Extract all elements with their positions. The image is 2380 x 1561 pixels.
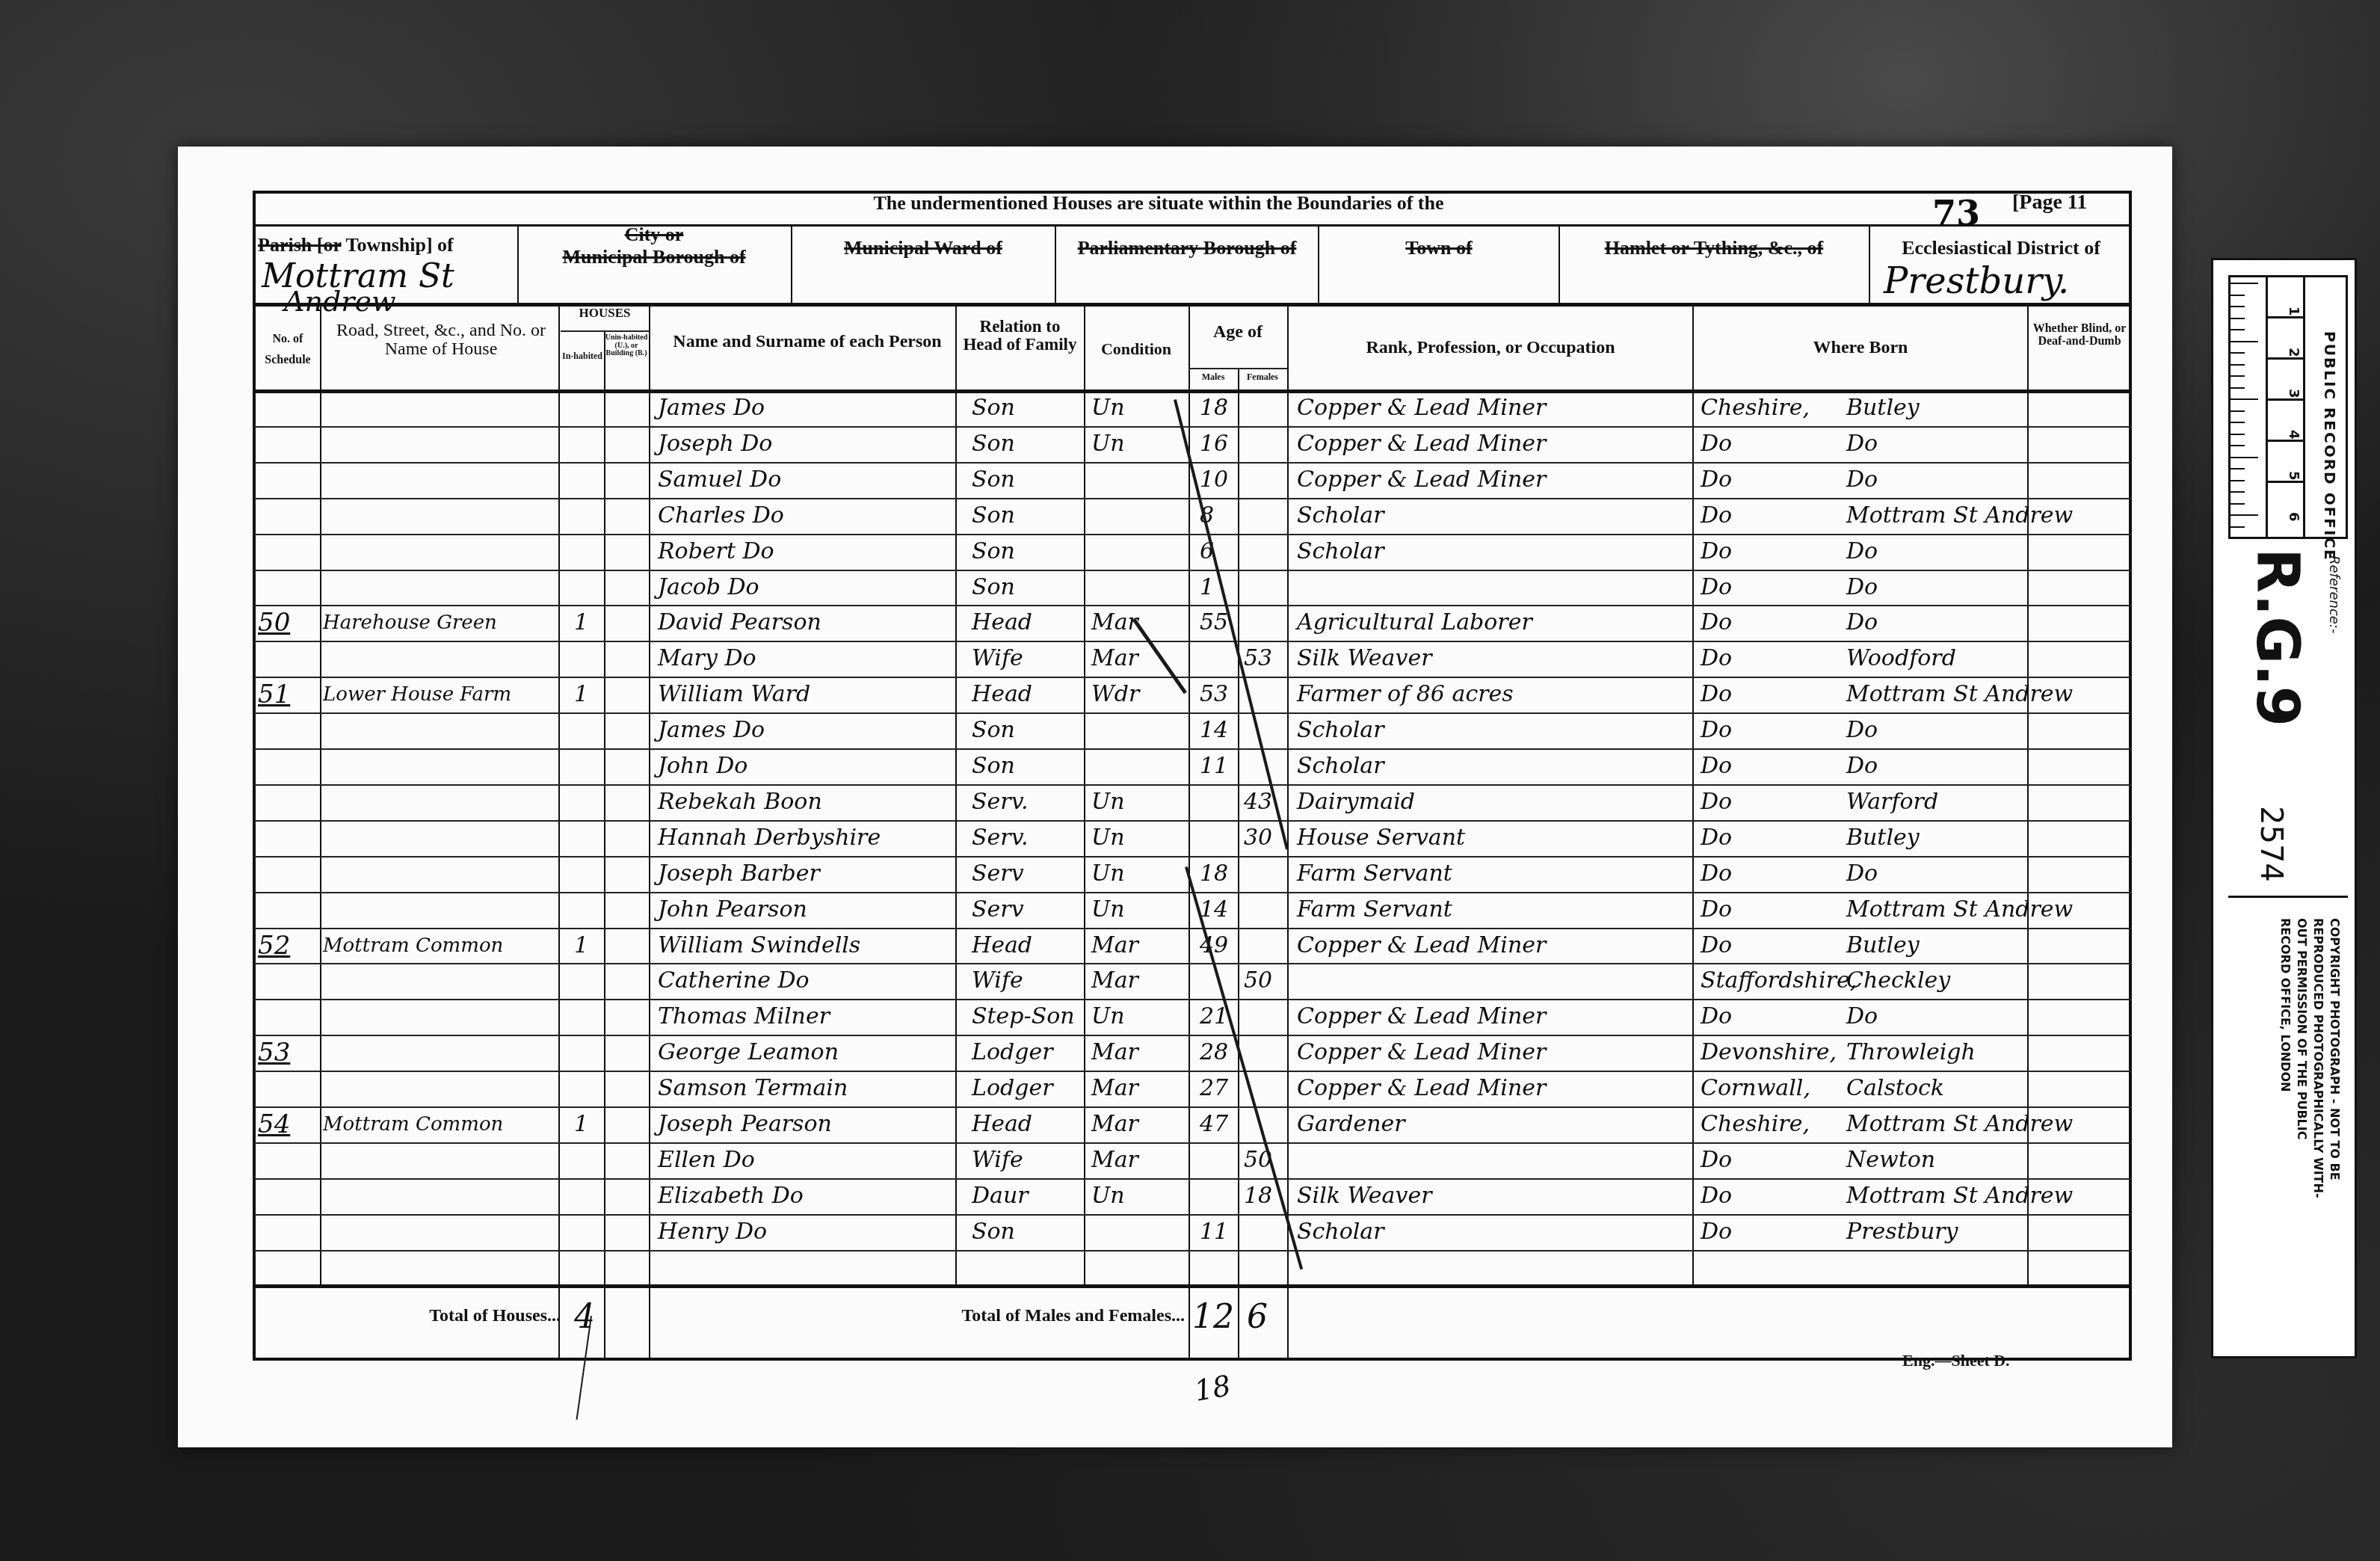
born-county: Do (1701, 712, 1732, 748)
divider (254, 303, 2132, 307)
born-county: Do (1701, 677, 1732, 712)
occupation: Scholar (1297, 534, 1384, 570)
condition: Mar (1091, 1035, 1138, 1071)
condition: Mar (1091, 928, 1138, 964)
born-county: Do (1701, 641, 1732, 677)
condition: Mar (1091, 605, 1138, 641)
ruler-tick (2228, 468, 2245, 469)
occupation: Copper & Lead Miner (1297, 928, 1546, 964)
relation: Wife (972, 963, 1023, 999)
series-code: R.G.9 (2243, 548, 2310, 727)
col-header-inhabited: In-habited (561, 351, 604, 361)
ruler-tick (2228, 341, 2258, 342)
born-place: Do (1846, 534, 1878, 570)
born-county: Do (1701, 928, 1732, 964)
relation: Head (972, 928, 1032, 964)
born-place: Do (1846, 426, 1878, 462)
male-age: 10 (1200, 462, 1228, 498)
occupation: Dairymaid (1297, 784, 1415, 820)
parish-kept-text: Township] of (341, 234, 453, 256)
person-name: Jacob Do (658, 570, 759, 606)
born-place: Do (1846, 712, 1878, 748)
person-name: John Pearson (658, 892, 807, 928)
ruler-tick (2228, 410, 2245, 412)
divider (791, 224, 792, 303)
inhabited-count: 1 (574, 605, 588, 641)
born-county: Staffordshire, (1701, 963, 1857, 999)
ruler-tick (2228, 352, 2245, 354)
relation: Lodger (972, 1071, 1053, 1106)
inhabited-count: 1 (574, 928, 588, 964)
divider (1318, 224, 1319, 303)
ruler-tick (2228, 503, 2245, 505)
person-name: William Swindells (658, 928, 860, 964)
born-county: Do (1701, 534, 1732, 570)
relation: Head (972, 1106, 1032, 1142)
born-county: Do (1701, 605, 1732, 641)
condition: Un (1091, 390, 1125, 426)
male-age: 16 (1200, 426, 1228, 462)
born-place: Prestbury (1846, 1214, 1958, 1250)
born-place: Mottram St Andrew (1846, 892, 2073, 928)
divider (2228, 896, 2348, 898)
born-county: Do (1701, 999, 1732, 1035)
born-place: Warford (1846, 784, 1938, 820)
person-name: John Do (658, 748, 747, 784)
occupation: House Servant (1297, 820, 1465, 856)
relation: Wife (972, 1142, 1023, 1178)
condition: Un (1091, 892, 1125, 928)
ruler-divider (2266, 275, 2268, 537)
city-label-line1: City or (519, 224, 789, 244)
occupation: Farm Servant (1297, 856, 1452, 892)
ruler-tick (2228, 295, 2245, 296)
total-houses-value: 4 (574, 1301, 595, 1334)
col-header-females: Females (1238, 372, 1287, 382)
column-divider (1189, 1284, 1190, 1359)
born-place: Butley (1846, 390, 1920, 426)
person-name: Samuel Do (658, 462, 781, 498)
male-age: 28 (1200, 1035, 1228, 1071)
relation: Son (972, 498, 1015, 534)
office-name: PUBLIC RECORD OFFICE (2321, 331, 2339, 561)
occupation: Copper & Lead Miner (1297, 390, 1546, 426)
male-age: 11 (1200, 1214, 1228, 1250)
ecclesiastical-label: Ecclesiastical District of (1870, 238, 2132, 258)
born-county: Do (1701, 1178, 1732, 1214)
ruler-tick (2228, 318, 2245, 319)
born-place: Calstock (1846, 1071, 1944, 1106)
total-females-value: 6 (1247, 1301, 1268, 1334)
condition: Un (1091, 856, 1125, 892)
schedule-number: 53 (258, 1035, 290, 1071)
schedule-number: 50 (258, 605, 290, 641)
occupation: Scholar (1297, 748, 1384, 784)
condition: Mar (1091, 1142, 1138, 1178)
person-name: William Ward (658, 677, 810, 712)
born-place: Woodford (1846, 641, 1956, 677)
ruler-tick (2228, 434, 2245, 435)
born-county: Do (1701, 856, 1732, 892)
condition: Mar (1091, 963, 1138, 999)
column-divider (649, 1284, 650, 1359)
ruler-box-divider (2266, 481, 2303, 483)
inhabited-count: 1 (574, 677, 588, 712)
relation: Serv. (972, 784, 1029, 820)
road-name: Harehouse Green (323, 605, 497, 641)
divider (1869, 224, 1870, 303)
relation: Son (972, 426, 1015, 462)
born-county: Do (1701, 570, 1732, 606)
relation: Son (972, 534, 1015, 570)
female-age: 50 (1244, 963, 1272, 999)
male-age: 14 (1200, 892, 1228, 928)
condition: Un (1091, 820, 1125, 856)
relation: Son (972, 748, 1015, 784)
ruler-tick (2228, 283, 2258, 284)
divider (1055, 224, 1056, 303)
ruler-scale-number: 1 (2286, 307, 2302, 316)
condition: Wdr (1091, 677, 1139, 712)
person-name: Joseph Pearson (658, 1106, 832, 1142)
person-name: Catherine Do (658, 963, 810, 999)
relation: Son (972, 570, 1015, 606)
occupation: Copper & Lead Miner (1297, 1071, 1546, 1106)
col-header-road: Road, Street, &c., and No. or Name of Ho… (329, 321, 553, 359)
parish-struck-text: Parish [or (258, 234, 341, 256)
parish-value-line2: Andrew (284, 287, 395, 315)
ruler-box-divider (2266, 398, 2303, 401)
born-county: Do (1701, 892, 1732, 928)
person-name: Hannah Derbyshire (658, 820, 881, 856)
female-age: 43 (1244, 784, 1272, 820)
person-name: Elizabeth Do (658, 1178, 804, 1214)
male-age: 14 (1200, 712, 1228, 748)
col-header-condition: Condition (1085, 340, 1187, 357)
person-name: Henry Do (658, 1214, 767, 1250)
ruler-scale-number: 3 (2286, 389, 2302, 398)
person-name: Ellen Do (658, 1142, 755, 1178)
schedule-number: 52 (258, 928, 290, 964)
ruler-tick (2228, 514, 2258, 516)
person-name: James Do (658, 390, 765, 426)
reference-label: 123456 PUBLIC RECORD OFFICE Reference:- … (2211, 258, 2357, 1358)
piece-number: 2574 (2254, 806, 2288, 882)
condition: Un (1091, 784, 1125, 820)
occupation: Copper & Lead Miner (1297, 462, 1546, 498)
total-persons-label: Total of Males and Females... (747, 1307, 1185, 1326)
person-name: David Pearson (658, 605, 821, 641)
person-name: Mary Do (658, 641, 756, 677)
ruler-tick (2228, 398, 2258, 400)
ruler-tick (2228, 457, 2258, 458)
parish-label: Parish [or Township] of (258, 235, 516, 255)
born-county: Do (1701, 1142, 1732, 1178)
ruler-box-divider (2266, 357, 2303, 360)
col-header-name: Name and Surname of each Person (673, 333, 942, 351)
condition: Un (1091, 426, 1125, 462)
hamlet-label: Hamlet or Tything, &c., of (1560, 238, 1868, 258)
occupation: Copper & Lead Miner (1297, 999, 1546, 1035)
person-name: Joseph Barber (658, 856, 820, 892)
relation: Wife (972, 641, 1023, 677)
divider (2228, 537, 2348, 539)
female-age: 30 (1244, 820, 1272, 856)
ruler-divider (2303, 275, 2305, 537)
occupation: Scholar (1297, 1214, 1384, 1250)
relation: Head (972, 677, 1032, 712)
ecclesiastical-value: Prestbury. (1884, 263, 2069, 299)
page-number: [Page 11 (2012, 191, 2117, 213)
female-age: 53 (1244, 641, 1272, 677)
ward-label: Municipal Ward of (792, 238, 1054, 258)
born-place: Mottram St Andrew (1846, 1178, 2073, 1214)
born-county: Cheshire, (1701, 1106, 1810, 1142)
ruler-tick (2228, 445, 2245, 446)
city-label-line2: Municipal Borough of (519, 247, 789, 267)
divider (1189, 368, 1287, 369)
born-place: Do (1846, 999, 1878, 1035)
copyright-line-4: RECORD OFFICE, LONDON (2278, 918, 2293, 1092)
born-place: Throwleigh (1846, 1035, 1976, 1071)
road-name: Mottram Common (323, 928, 503, 964)
occupation: Gardener (1297, 1106, 1405, 1142)
col-header-age: Age of (1189, 323, 1287, 342)
ruler-tick (2228, 422, 2245, 423)
person-name: Joseph Do (658, 426, 772, 462)
person-name: Robert Do (658, 534, 774, 570)
born-county: Do (1701, 784, 1732, 820)
col-header-occupation: Rank, Profession, or Occupation (1289, 339, 1692, 357)
parliamentary-label: Parliamentary Borough of (1056, 238, 1318, 258)
born-county: Do (1701, 498, 1732, 534)
born-county: Cheshire, (1701, 390, 1810, 426)
occupation: Silk Weaver (1297, 1178, 1432, 1214)
relation: Serv. (972, 820, 1029, 856)
born-place: Mottram St Andrew (1846, 498, 2073, 534)
occupation: Scholar (1297, 712, 1384, 748)
ruler-scale-number: 2 (2286, 348, 2302, 357)
male-age: 11 (1200, 748, 1228, 784)
person-name: Rebekah Boon (658, 784, 822, 820)
sheet-footer: Eng.—Sheet D. (1902, 1352, 2067, 1369)
male-age: 18 (1200, 390, 1228, 426)
born-place: Do (1846, 748, 1878, 784)
male-age: 27 (1200, 1071, 1228, 1106)
born-county: Cornwall, (1701, 1071, 1810, 1106)
condition: Mar (1091, 641, 1138, 677)
born-county: Do (1701, 426, 1732, 462)
col-header-schedule: No. of Schedule (256, 329, 320, 371)
column-divider (604, 1284, 605, 1359)
born-place: Do (1846, 856, 1878, 892)
born-county: Do (1701, 462, 1732, 498)
schedule-number: 54 (258, 1106, 290, 1142)
road-name: Mottram Common (323, 1106, 503, 1142)
born-place: Newton (1846, 1142, 1935, 1178)
female-age: 18 (1244, 1178, 1272, 1214)
copyright-line-3: OUT PERMISSION OF THE PUBLIC (2295, 918, 2309, 1139)
ruler-scale-number: 4 (2286, 430, 2302, 440)
occupation: Agricultural Laborer (1297, 605, 1532, 641)
total-houses-label: Total of Houses... (321, 1307, 561, 1326)
condition: Un (1091, 1178, 1125, 1214)
col-header-relation: Relation to Head of Family (958, 318, 1082, 354)
occupation: Copper & Lead Miner (1297, 1035, 1546, 1071)
col-header-where-born: Where Born (1694, 339, 2027, 357)
person-name: Thomas Milner (658, 999, 830, 1035)
male-age: 55 (1200, 605, 1228, 641)
born-place: Mottram St Andrew (1846, 677, 2073, 712)
divider (254, 1284, 2132, 1288)
road-name: Lower House Farm (323, 677, 511, 712)
male-age: 53 (1200, 677, 1228, 712)
male-age: 1 (1200, 570, 1214, 606)
occupation: Scholar (1297, 498, 1384, 534)
born-place: Do (1846, 462, 1878, 498)
born-county: Do (1701, 820, 1732, 856)
town-label: Town of (1319, 238, 1559, 258)
born-place: Butley (1846, 820, 1920, 856)
occupation: Silk Weaver (1297, 641, 1432, 677)
table-row (254, 1250, 2132, 1286)
person-name: Samson Termain (658, 1071, 848, 1106)
ruler-tick (2228, 387, 2245, 389)
person-name: James Do (658, 712, 765, 748)
ruler-tick (2228, 491, 2245, 493)
relation: Daur (972, 1178, 1029, 1214)
born-place: Checkley (1846, 963, 1950, 999)
total-males-value: 12 (1192, 1301, 1234, 1334)
copyright-line-2: REPRODUCED PHOTOGRAPHICALLY WITH- (2311, 918, 2325, 1198)
relation: Son (972, 462, 1015, 498)
ruler-tick (2228, 364, 2245, 366)
column-divider (1238, 1284, 1239, 1359)
ruler-tick (2228, 480, 2245, 481)
tally-total: 18 (1192, 1371, 1233, 1405)
condition: Mar (1091, 1071, 1138, 1106)
person-name: Charles Do (658, 498, 784, 534)
relation: Lodger (972, 1035, 1053, 1071)
born-place: Do (1846, 605, 1878, 641)
col-header-blind: Whether Blind, or Deaf-and-Dumb (2030, 323, 2129, 348)
ruler-scale-number: 5 (2286, 471, 2302, 481)
born-place: Mottram St Andrew (1846, 1106, 2073, 1142)
relation: Head (972, 605, 1032, 641)
ruler-tick (2228, 329, 2245, 330)
male-age: 18 (1200, 856, 1228, 892)
condition: Mar (1091, 1106, 1138, 1142)
ruler-tick (2228, 526, 2245, 528)
condition: Un (1091, 999, 1125, 1035)
schedule-number: 51 (258, 677, 290, 712)
divider (1559, 224, 1560, 303)
occupation: Farm Servant (1297, 892, 1452, 928)
ruler-tick (2228, 375, 2245, 377)
ruler-tick (2228, 306, 2245, 307)
born-county: Devonshire, (1701, 1035, 1837, 1071)
person-name: George Leamon (658, 1035, 839, 1071)
relation: Son (972, 712, 1015, 748)
inhabited-count: 1 (574, 1106, 588, 1142)
occupation: Copper & Lead Miner (1297, 426, 1546, 462)
column-divider (1287, 1284, 1289, 1359)
relation: Serv (972, 892, 1024, 928)
reference-caption: Reference:- (2326, 555, 2342, 633)
col-header-males: Males (1189, 372, 1238, 382)
born-place: Do (1846, 570, 1878, 606)
born-place: Butley (1846, 928, 1920, 964)
relation: Step-Son (972, 999, 1075, 1035)
ruler-scale-number: 6 (2286, 512, 2302, 522)
boundaries-title: The undermentioned Houses are situate wi… (822, 193, 1495, 220)
col-header-uninhabited: Unin-habited (U.), or Building (B.) (605, 334, 648, 358)
col-header-houses: HOUSES (561, 307, 649, 320)
ruler-box-divider (2266, 316, 2303, 318)
copyright-line-1: COPYRIGHT PHOTOGRAPH - NOT TO BE (2328, 918, 2342, 1180)
occupation: Farmer of 86 acres (1297, 677, 1514, 712)
relation: Son (972, 390, 1015, 426)
relation: Son (972, 1214, 1015, 1250)
relation: Serv (972, 856, 1024, 892)
ruler-box-divider (2266, 440, 2303, 442)
male-age: 47 (1200, 1106, 1228, 1142)
born-county: Do (1701, 1214, 1732, 1250)
born-county: Do (1701, 748, 1732, 784)
divider (561, 330, 649, 332)
